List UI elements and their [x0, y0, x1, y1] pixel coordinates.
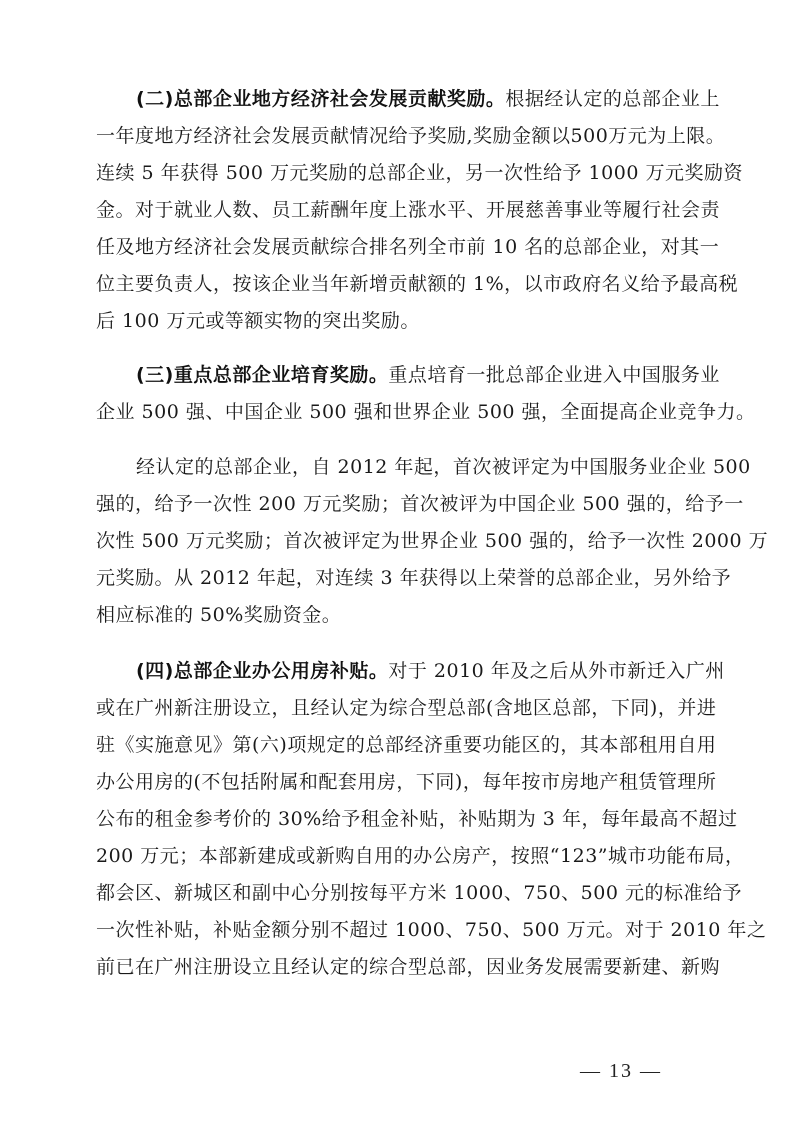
paragraph-text: 重点培育一批总部企业进入中国服务业: [388, 364, 720, 386]
paragraph-line: 公布的租金参考价的 30%给予租金补贴，补贴期为 3 年，每年最高不超过: [96, 804, 690, 834]
paragraph-line: (三)重点总部企业培育奖励。重点培育一批总部企业进入中国服务业: [136, 360, 690, 390]
page-number: — 13 —: [580, 1060, 662, 1083]
paragraph-line: 元奖励。从 2012 年起，对连续 3 年获得以上荣誉的总部企业，另外给予: [96, 563, 690, 593]
paragraph-line: 都会区、新城区和副中心分别按每平方米 1000、750、500 元的标准给予: [96, 878, 690, 908]
paragraph-line: 办公用房的(不包括附属和配套用房，下同)，每年按市房地产租赁管理所: [96, 767, 690, 797]
paragraph-line: 一次性补贴，补贴金额分别不超过 1000、750、500 万元。对于 2010 …: [96, 915, 690, 945]
paragraph-line: 前已在广州注册设立且经认定的综合型总部，因业务发展需要新建、新购: [96, 952, 690, 982]
paragraph-line: 或在广州新注册设立，且经认定为综合型总部(含地区总部，下同)，并进: [96, 693, 690, 723]
paragraph-line: 后 100 万元或等额实物的突出奖励。: [96, 306, 690, 336]
section-heading: (三)重点总部企业培育奖励。: [136, 364, 388, 386]
paragraph-line: 连续 5 年获得 500 万元奖励的总部企业，另一次性给予 1000 万元奖励资: [96, 158, 690, 188]
paragraph-line: 一年度地方经济社会发展贡献情况给予奖励,奖励金额以500万元为上限。: [96, 121, 690, 151]
paragraph-line: 驻《实施意见》第(六)项规定的总部经济重要功能区的，其本部租用自用: [96, 730, 690, 760]
paragraph-line: (四)总部企业办公用房补贴。对于 2010 年及之后从外市新迁入广州: [136, 656, 690, 686]
paragraph-text: 根据经认定的总部企业上: [505, 88, 720, 110]
paragraph-line: (二)总部企业地方经济社会发展贡献奖励。根据经认定的总部企业上: [136, 84, 690, 114]
paragraph-line: 相应标准的 50%奖励资金。: [96, 600, 690, 630]
paragraph-line: 企业 500 强、中国企业 500 强和世界企业 500 强，全面提高企业竞争力…: [96, 397, 690, 427]
paragraph-line: 任及地方经济社会发展贡献综合排名列全市前 10 名的总部企业，对其一: [96, 232, 690, 262]
paragraph-text: 对于 2010 年及之后从外市新迁入广州: [388, 660, 724, 682]
document-page: (二)总部企业地方经济社会发展贡献奖励。根据经认定的总部企业上 一年度地方经济社…: [0, 0, 794, 1123]
paragraph-line: 金。对于就业人数、员工薪酬年度上涨水平、开展慈善事业等履行社会责: [96, 195, 690, 225]
paragraph-line: 次性 500 万元奖励；首次被评定为世界企业 500 强的，给予一次性 2000…: [96, 526, 690, 556]
section-heading: (二)总部企业地方经济社会发展贡献奖励。: [136, 88, 505, 110]
section-heading: (四)总部企业办公用房补贴。: [136, 660, 388, 682]
paragraph-line: 200 万元；本部新建成或新购自用的办公房产，按照“123”城市功能布局，: [96, 841, 690, 871]
paragraph-line: 强的，给予一次性 200 万元奖励；首次被评为中国企业 500 强的，给予一: [96, 489, 690, 519]
paragraph-line: 位主要负责人，按该企业当年新增贡献额的 1%，以市政府名义给予最高税: [96, 269, 690, 299]
paragraph-line: 经认定的总部企业，自 2012 年起，首次被评定为中国服务业企业 500: [136, 452, 690, 482]
